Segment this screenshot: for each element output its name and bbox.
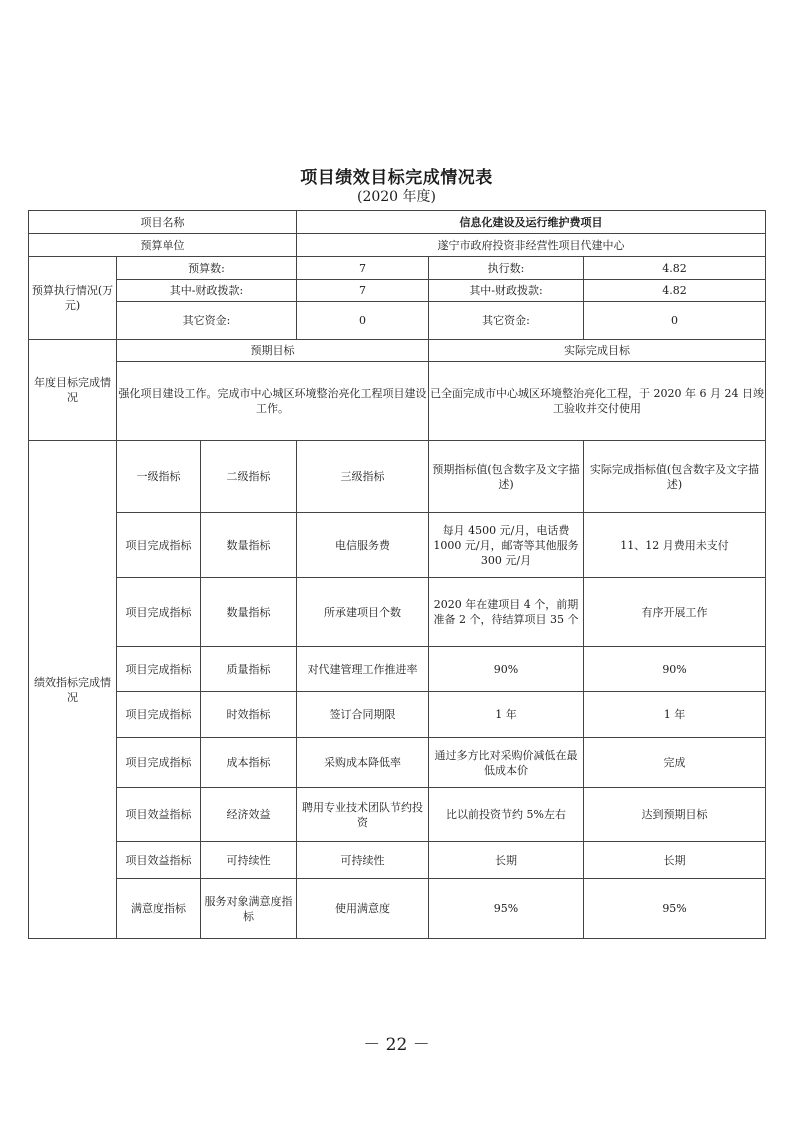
level2-cell: 成本指标 [201, 738, 297, 788]
level3-cell: 所承建项目个数 [297, 578, 429, 647]
table-row: 项目效益指标 经济效益 聘用专业技术团队节约投资 比以前投资节约 5%左右 达到… [29, 788, 766, 842]
level2-cell: 数量指标 [201, 513, 297, 578]
annual-goal-header-row: 年度目标完成情况 预期目标 实际完成目标 [29, 340, 766, 362]
level2-cell: 经济效益 [201, 788, 297, 842]
expected-cell: 90% [429, 647, 584, 692]
budget-label: 其它资金: [117, 302, 297, 340]
level1-cell: 满意度指标 [117, 879, 201, 939]
table-row: 项目效益指标 可持续性 可持续性 长期 长期 [29, 842, 766, 879]
table-row: 项目完成指标 数量指标 电信服务费 每月 4500 元/月，电话费 1000 元… [29, 513, 766, 578]
expected-goal-text: 强化项目建设工作。完成市中心城区环境整治亮化工程项目建设工作。 [117, 362, 429, 441]
level3-cell: 可持续性 [297, 842, 429, 879]
budget-value: 7 [297, 257, 429, 280]
level3-cell: 使用满意度 [297, 879, 429, 939]
table-row: 项目完成指标 成本指标 采购成本降低率 通过多方比对采购价减低在最低成本价 完成 [29, 738, 766, 788]
level1-cell: 项目完成指标 [117, 578, 201, 647]
actual-cell: 有序开展工作 [584, 578, 766, 647]
actual-cell: 11、12 月费用未支付 [584, 513, 766, 578]
expected-goal-header: 预期目标 [117, 340, 429, 362]
actual-cell: 90% [584, 647, 766, 692]
level3-cell: 采购成本降低率 [297, 738, 429, 788]
executed-value: 4.82 [584, 257, 766, 280]
expected-cell: 比以前投资节约 5%左右 [429, 788, 584, 842]
level1-cell: 项目完成指标 [117, 647, 201, 692]
level2-cell: 质量指标 [201, 647, 297, 692]
indicator-section-label: 绩效指标完成情况 [29, 441, 117, 939]
level3-cell: 电信服务费 [297, 513, 429, 578]
budget-row: 预算执行情况(万元) 预算数: 7 执行数: 4.82 [29, 257, 766, 280]
budget-section-label: 预算执行情况(万元) [29, 257, 117, 340]
project-name-label: 项目名称 [29, 211, 297, 234]
header-level2: 二级指标 [201, 441, 297, 513]
budget-unit-label: 预算单位 [29, 234, 297, 257]
level1-cell: 项目完成指标 [117, 513, 201, 578]
budget-row: 其中-财政拨款: 7 其中-财政拨款: 4.82 [29, 280, 766, 302]
executed-label: 执行数: [429, 257, 584, 280]
executed-label: 其它资金: [429, 302, 584, 340]
actual-cell: 达到预期目标 [584, 788, 766, 842]
level1-cell: 项目完成指标 [117, 692, 201, 738]
project-name-row: 项目名称 信息化建设及运行维护费项目 [29, 211, 766, 234]
table-row: 项目完成指标 质量指标 对代建管理工作推进率 90% 90% [29, 647, 766, 692]
executed-value: 0 [584, 302, 766, 340]
budget-value: 0 [297, 302, 429, 340]
level1-cell: 项目完成指标 [117, 738, 201, 788]
actual-cell: 95% [584, 879, 766, 939]
expected-cell: 2020 年在建项目 4 个，前期准备 2 个，待结算项目 35 个 [429, 578, 584, 647]
expected-cell: 长期 [429, 842, 584, 879]
project-name-value: 信息化建设及运行维护费项目 [297, 211, 766, 234]
level3-cell: 聘用专业技术团队节约投资 [297, 788, 429, 842]
budget-label: 预算数: [117, 257, 297, 280]
header-level3: 三级指标 [297, 441, 429, 513]
budget-unit-value: 遂宁市政府投资非经营性项目代建中心 [297, 234, 766, 257]
level1-cell: 项目效益指标 [117, 788, 201, 842]
actual-cell: 长期 [584, 842, 766, 879]
level2-cell: 数量指标 [201, 578, 297, 647]
header-actual: 实际完成指标值(包含数字及文字描述) [584, 441, 766, 513]
actual-cell: 1 年 [584, 692, 766, 738]
document-title: 项目绩效目标完成情况表 [0, 163, 793, 188]
actual-goal-header: 实际完成目标 [429, 340, 766, 362]
page-number: － 22 － [0, 1030, 793, 1055]
budget-unit-row: 预算单位 遂宁市政府投资非经营性项目代建中心 [29, 234, 766, 257]
annual-goal-section-label: 年度目标完成情况 [29, 340, 117, 441]
level2-cell: 可持续性 [201, 842, 297, 879]
document-subtitle: (2020 年度) [0, 186, 793, 206]
expected-cell: 1 年 [429, 692, 584, 738]
budget-value: 7 [297, 280, 429, 302]
budget-row: 其它资金: 0 其它资金: 0 [29, 302, 766, 340]
expected-cell: 95% [429, 879, 584, 939]
table-row: 项目完成指标 数量指标 所承建项目个数 2020 年在建项目 4 个，前期准备 … [29, 578, 766, 647]
annual-goal-row: 强化项目建设工作。完成市中心城区环境整治亮化工程项目建设工作。 已全面完成市中心… [29, 362, 766, 441]
table-row: 满意度指标 服务对象满意度指标 使用满意度 95% 95% [29, 879, 766, 939]
expected-cell: 每月 4500 元/月，电话费 1000 元/月，邮寄等其他服务 300 元/月 [429, 513, 584, 578]
header-level1: 一级指标 [117, 441, 201, 513]
level3-cell: 对代建管理工作推进率 [297, 647, 429, 692]
indicator-header-row: 绩效指标完成情况 一级指标 二级指标 三级指标 预期指标值(包含数字及文字描述)… [29, 441, 766, 513]
level2-cell: 服务对象满意度指标 [201, 879, 297, 939]
executed-value: 4.82 [584, 280, 766, 302]
level2-cell: 时效指标 [201, 692, 297, 738]
actual-cell: 完成 [584, 738, 766, 788]
expected-cell: 通过多方比对采购价减低在最低成本价 [429, 738, 584, 788]
level3-cell: 签订合同期限 [297, 692, 429, 738]
actual-goal-text: 已全面完成市中心城区环境整治亮化工程，于 2020 年 6 月 24 日竣工验收… [429, 362, 766, 441]
executed-label: 其中-财政拨款: [429, 280, 584, 302]
level1-cell: 项目效益指标 [117, 842, 201, 879]
performance-table: 项目名称 信息化建设及运行维护费项目 预算单位 遂宁市政府投资非经营性项目代建中… [28, 210, 766, 939]
table-row: 项目完成指标 时效指标 签订合同期限 1 年 1 年 [29, 692, 766, 738]
budget-label: 其中-财政拨款: [117, 280, 297, 302]
header-expected: 预期指标值(包含数字及文字描述) [429, 441, 584, 513]
